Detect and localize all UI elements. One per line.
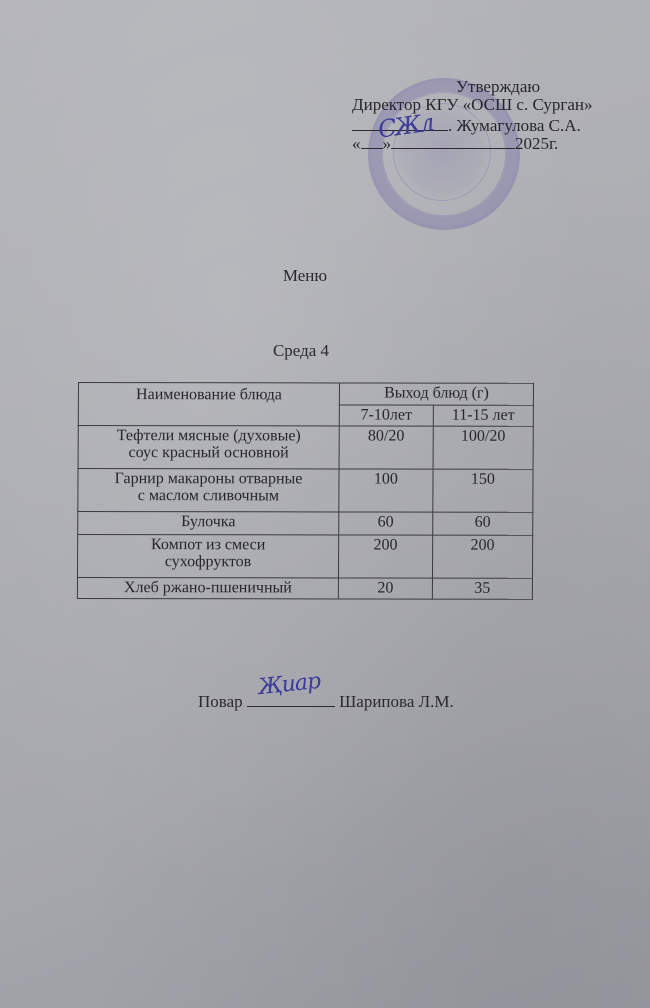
table-row: Тефтели мясные (духовые)соус красный осн… — [78, 426, 533, 470]
portion-11-15: 60 — [433, 512, 533, 535]
date-day-blank — [361, 132, 383, 149]
date-open-quote: « — [352, 134, 361, 153]
portion-7-10: 100 — [339, 469, 433, 512]
dish-name-line: Тефтели мясные (духовые) — [83, 427, 335, 444]
document-title: Меню — [0, 266, 630, 286]
cook-signature-line: Повар Шарипова Л.М. — [198, 690, 454, 712]
menu-table: Наименование блюда Выход блюд (г) 7-10ле… — [77, 382, 534, 600]
dish-name-line: соус красный основной — [83, 444, 335, 461]
header-age-11-15: 11-15 лет — [433, 405, 533, 427]
date-year: 2025г. — [515, 134, 558, 153]
table-row: Гарнир макароны отварныес маслом сливочн… — [78, 469, 533, 513]
dish-name: Булочка — [78, 512, 339, 535]
approval-date-line: «»2025г. — [352, 132, 558, 153]
header-dish-name: Наименование блюда — [78, 383, 339, 426]
dish-name: Хлеб ржано-пшеничный — [77, 578, 338, 599]
dish-name-line: Гарнир макароны отварные — [82, 470, 334, 487]
portion-11-15: 35 — [432, 578, 532, 599]
portion-11-15: 150 — [433, 469, 533, 512]
date-month-blank — [391, 132, 515, 149]
day-title: Среда 4 — [0, 341, 626, 361]
table-row: Компот из смесисухофруктов 200 200 — [77, 535, 532, 579]
portion-11-15: 100/20 — [433, 426, 533, 469]
dish-name: Компот из смесисухофруктов — [77, 535, 338, 578]
portion-7-10: 20 — [338, 578, 432, 599]
dish-name-line: Компот из смеси — [82, 536, 334, 553]
approval-director: Директор КГУ «ОСШ с. Сурган» — [352, 96, 592, 114]
portion-7-10: 200 — [339, 535, 433, 578]
table-row: Хлеб ржано-пшеничный 20 35 — [77, 578, 532, 600]
date-close-quote: » — [383, 134, 392, 153]
header-output: Выход блюд (г) — [339, 383, 533, 405]
table-header-row: Наименование блюда Выход блюд (г) — [78, 383, 533, 405]
cook-name: Шарипова Л.М. — [339, 692, 454, 711]
dish-name: Тефтели мясные (духовые)соус красный осн… — [78, 426, 339, 469]
approval-title: Утверждаю — [456, 78, 540, 96]
portion-11-15: 200 — [432, 535, 532, 578]
table-row: Булочка 60 60 — [78, 512, 533, 536]
portion-7-10: 80/20 — [339, 426, 433, 469]
dish-name-line: с маслом сливочным — [82, 487, 334, 504]
portion-7-10: 60 — [339, 512, 433, 535]
dish-name: Гарнир макароны отварныес маслом сливочн… — [78, 469, 339, 512]
dish-name-line: сухофруктов — [82, 553, 334, 570]
cook-label: Повар — [198, 692, 243, 711]
header-age-7-10: 7-10лет — [339, 404, 433, 426]
